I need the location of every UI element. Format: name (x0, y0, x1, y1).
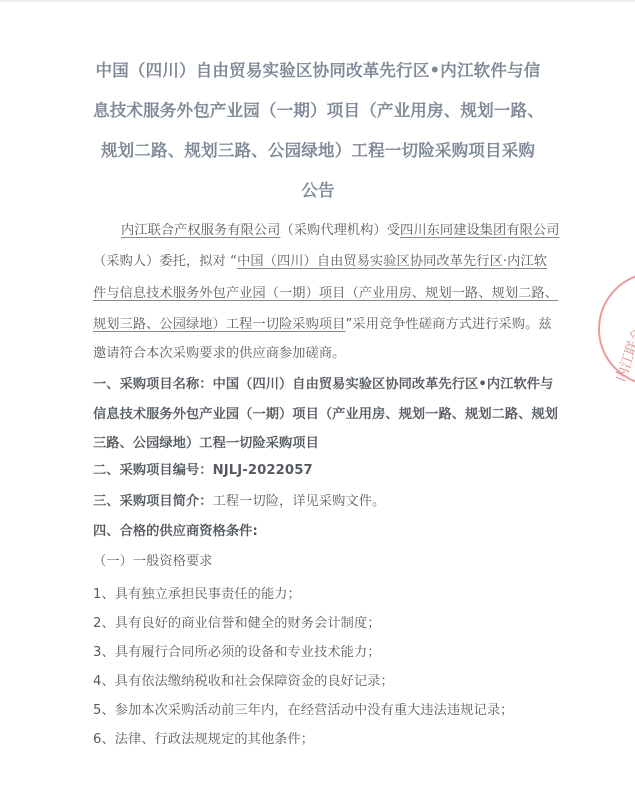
requirement-item: 2、具有良好的商业信誉和健全的财务会计制度； (93, 612, 548, 631)
project-name-part-3: 规划三路、公园绿地）工程一切险采购项目 (93, 317, 345, 332)
section1-line-3: 三路、公园绿地）工程一切险采购项目 (93, 432, 548, 451)
section2: 二、采购项目编号：NJLJ-2022057 (93, 459, 548, 478)
requirement-item: 5、参加本次采购活动前三年内，在经营活动中没有重大违法违规记录； (93, 699, 548, 718)
agent-role: （采购代理机构）受 (280, 223, 400, 238)
intro-line-4: 规划三路、公园绿地）工程一切险采购项目”采用竞争性磋商方式进行采购。兹 (93, 313, 548, 332)
section4-subheading: （一）一般资格要求 (93, 550, 548, 569)
section3-value: 工程一切险，详见采购文件。 (213, 494, 386, 509)
section1-line-1: 一、采购项目名称：中国（四川）自由贸易实验区协同改革先行区•内江软件与 (93, 373, 548, 392)
title-line-3: 规划二路、规划三路、公园绿地）工程一切险采购项目采购 (93, 137, 543, 161)
intro-line-4-post: ”采用竞争性磋商方式进行采购。兹 (345, 317, 551, 332)
section4-heading: 四、合格的供应商资格条件: (93, 520, 548, 539)
title-line-1: 中国（四川）自由贸易实验区协同改革先行区•内江软件与信 (93, 57, 543, 81)
requirement-item: 4、具有依法缴纳税收和社会保障资金的良好记录； (93, 670, 548, 689)
intro-line-2-pre: （采购人）委托，拟对 “ (93, 254, 237, 269)
project-name-part-1: 中国（四川）自由贸易实验区协同改革先行区·内江软 (237, 254, 547, 269)
section1-line-2: 信息技术服务外包产业园（一期）项目（产业用房、规划一路、规划二路、规划 (93, 403, 548, 422)
title-line-2: 息技术服务外包产业园（一期）项目（产业用房、规划一路、 (93, 97, 543, 121)
section2-label: 二、采购项目编号： (93, 463, 213, 478)
intro-line-2: （采购人）委托，拟对 “中国（四川）自由贸易实验区协同改革先行区·内江软 (93, 250, 548, 269)
top-border (0, 0, 635, 2)
intro-line-1: 内江联合产权服务有限公司（采购代理机构）受四川东同建设集团有限公司 (121, 219, 576, 238)
section3-label: 三、采购项目简介： (93, 494, 213, 509)
title-line-4: 公告 (93, 177, 543, 201)
agent-name: 内江联合产权服务有限公司 (121, 223, 280, 238)
requirement-item: 6、法律、行政法规规定的其他条件； (93, 728, 548, 747)
section3: 三、采购项目简介：工程一切险，详见采购文件。 (93, 490, 548, 509)
project-name-part-2: 件与信息技术服务外包产业园（一期）项目（产业用房、规划一路、规划二路、 (93, 286, 558, 301)
buyer-name: 四川东同建设集团有限公司 (400, 223, 559, 238)
intro-line-5: 邀请符合本次采购要求的供应商参加磋商。 (93, 342, 548, 361)
requirement-item: 1、具有独立承担民事责任的能力； (93, 583, 548, 602)
project-number: NJLJ-2022057 (213, 463, 313, 478)
requirement-item: 3、具有履行合同所必须的设备和专业技术能力； (93, 641, 548, 660)
intro-line-3: 件与信息技术服务外包产业园（一期）项目（产业用房、规划一路、规划二路、 (93, 282, 548, 301)
